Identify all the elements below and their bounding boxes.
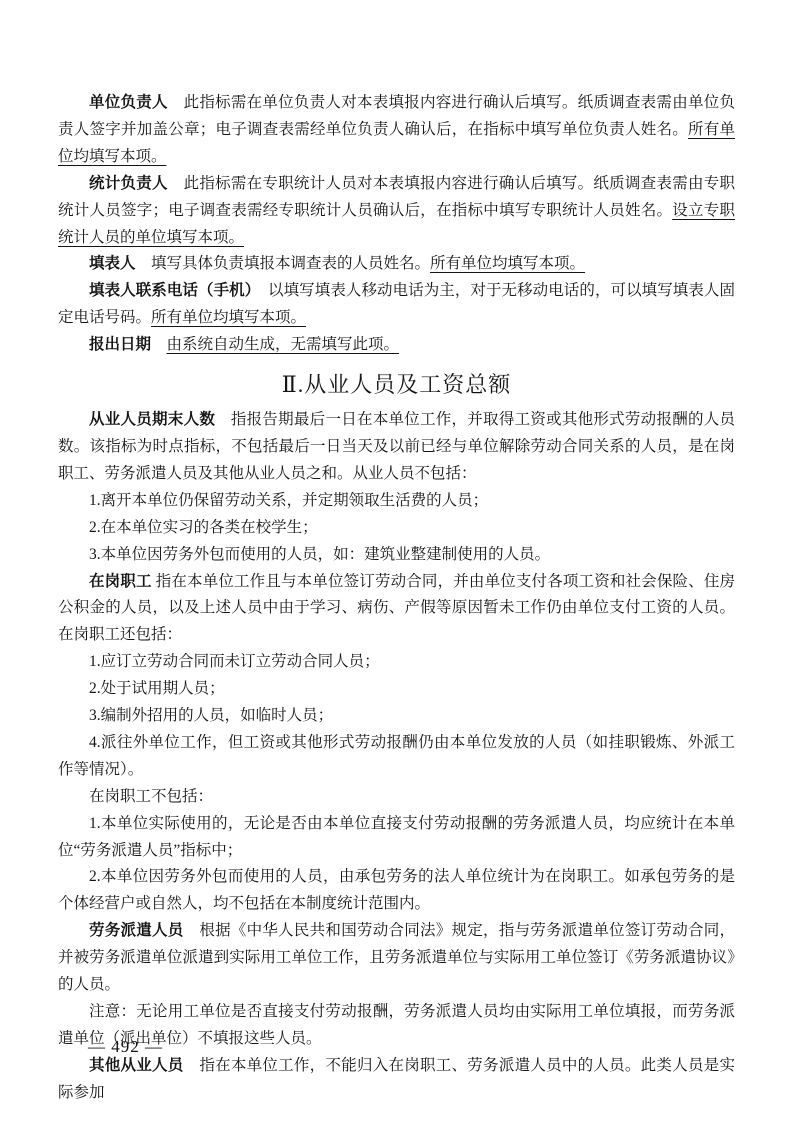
para-dispatched-workers: 劳务派遣人员 根据《中华人民共和国劳动合同法》规定，指与劳务派遣单位签订劳动合同… <box>58 918 735 999</box>
indicator-term-label: 在岗职工 <box>89 573 152 590</box>
indicator-term-label: 单位负责人 <box>89 94 168 111</box>
body-text: 1.本单位实际使用的，无论是否由本单位直接支付劳动报酬的劳务派遣人员，均应统计在… <box>58 815 735 859</box>
indicator-term-label: 填表人 <box>89 255 136 272</box>
body-text: 填写具体负责填报本调查表的人员姓名。 <box>136 255 431 272</box>
document-content: 单位负责人 此指标需在单位负责人对本表填报内容进行确认后填写。纸质调查表需由单位… <box>58 90 735 1107</box>
body-text: 指在本单位工作且与本单位签订劳动合同，并由单位支付各项工资和社会保险、住房公积金… <box>58 573 735 644</box>
list-item-on-post-include-4: 4.派往外单位工作，但工资或其他形式劳动报酬仍由本单位发放的人员（如挂职锻炼、外… <box>58 730 735 784</box>
underlined-filing-note: 所有单位均填写本项。 <box>151 309 306 326</box>
indicator-term-label: 从业人员期末人数 <box>89 411 215 428</box>
body-text: 2.处于试用期人员； <box>89 680 225 697</box>
indicator-term-label: 其他从业人员 <box>89 1057 184 1074</box>
list-item-on-post-exclude-1: 1.本单位实际使用的，无论是否由本单位直接支付劳动报酬的劳务派遣人员，均应统计在… <box>58 811 735 865</box>
list-item-on-post-exclude-2: 2.本单位因劳务外包而使用的人员，由承包劳务的法人单位统计为在岗职工。如承包劳务… <box>58 864 735 918</box>
body-text: 在岗职工不包括： <box>89 788 213 805</box>
body-text: 2.在本单位实习的各类在校学生； <box>89 519 318 536</box>
body-text: 1.应订立劳动合同而未订立劳动合同人员； <box>89 653 380 670</box>
body-text: 3.编制外招用的人员，如临时人员； <box>89 707 333 724</box>
page-number: — 492 — <box>88 1036 163 1058</box>
document-page: 单位负责人 此指标需在单位负责人对本表填报内容进行确认后填写。纸质调查表需由单位… <box>0 0 793 1122</box>
list-item-employees-exclude-1: 1.离开本单位仍保留劳动关系，并定期领取生活费的人员； <box>58 488 735 515</box>
indicator-term-label: 填表人联系电话（手机） <box>89 282 252 299</box>
para-unit-leader: 单位负责人 此指标需在单位负责人对本表填报内容进行确认后填写。纸质调查表需由单位… <box>58 90 735 171</box>
indicator-term-label: 统计负责人 <box>89 175 168 192</box>
para-report-date: 报出日期 由系统自动生成，无需填写此项。 <box>58 332 735 359</box>
body-text: 1.离开本单位仍保留劳动关系，并定期领取生活费的人员； <box>89 492 488 509</box>
indicator-term-label: 劳务派遣人员 <box>89 922 184 939</box>
indicator-term-label: 报出日期 <box>89 336 151 353</box>
para-form-filler: 填表人 填写具体负责填报本调查表的人员姓名。所有单位均填写本项。 <box>58 251 735 278</box>
para-other-employees: 其他从业人员 指在本单位工作，不能归入在岗职工、劳务派遣人员中的人员。此类人员是… <box>58 1053 735 1107</box>
underlined-filing-note: 由系统自动生成，无需填写此项。 <box>167 336 400 353</box>
para-filler-phone: 填表人联系电话（手机） 以填写填表人移动电话为主，对于无移动电话的，可以填写填表… <box>58 278 735 332</box>
section-heading-employees-wages: Ⅱ.从业人员及工资总额 <box>58 370 735 400</box>
list-item-on-post-include-1: 1.应订立劳动合同而未订立劳动合同人员； <box>58 649 735 676</box>
para-employees-end-of-period: 从业人员期末人数 指报告期最后一日在本单位工作，并取得工资或其他形式劳动报酬的人… <box>58 407 735 488</box>
list-item-on-post-include-3: 3.编制外招用的人员，如临时人员； <box>58 703 735 730</box>
list-item-employees-exclude-2: 2.在本单位实习的各类在校学生； <box>58 515 735 542</box>
para-statistics-leader: 统计负责人 此指标需在专职统计人员对本表填报内容进行确认后填写。纸质调查表需由专… <box>58 171 735 252</box>
list-item-on-post-include-2: 2.处于试用期人员； <box>58 676 735 703</box>
body-text: 2.本单位因劳务外包而使用的人员，由承包劳务的法人单位统计为在岗职工。如承包劳务… <box>58 868 735 912</box>
body-text <box>151 336 167 353</box>
underlined-filing-note: 所有单位均填写本项。 <box>430 255 585 272</box>
para-on-post-exclude-intro: 在岗职工不包括： <box>58 784 735 811</box>
para-on-post-staff: 在岗职工 指在本单位工作且与本单位签订劳动合同，并由单位支付各项工资和社会保险、… <box>58 569 735 650</box>
body-text: 3.本单位因劳务外包而使用的人员，如：建筑业整建制使用的人员。 <box>89 546 550 563</box>
list-item-employees-exclude-3: 3.本单位因劳务外包而使用的人员，如：建筑业整建制使用的人员。 <box>58 542 735 569</box>
body-text: 4.派往外单位工作，但工资或其他形式劳动报酬仍由本单位发放的人员（如挂职锻炼、外… <box>58 734 735 778</box>
